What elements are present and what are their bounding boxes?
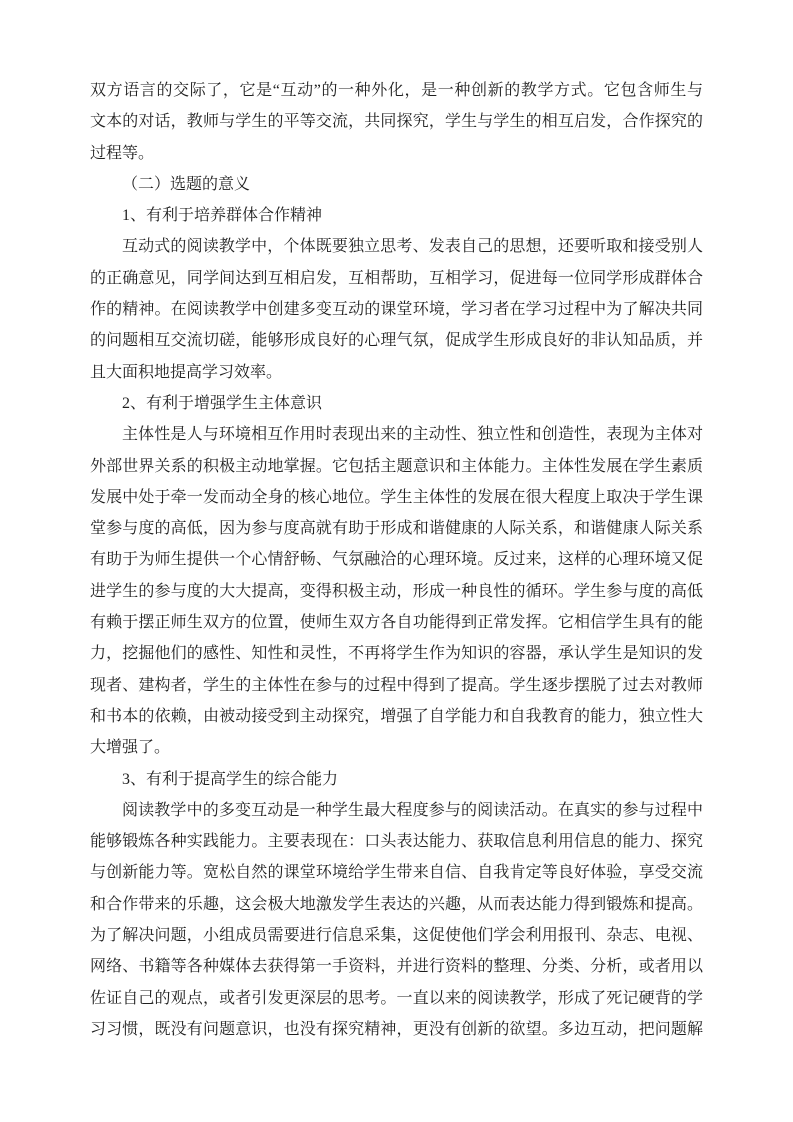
text-line: 网络、书籍等各种媒体去获得第一手资料，并进行资料的整理、分类、分析，或者用以 xyxy=(90,951,703,982)
text-line: 与创新能力等。宽松自然的课堂环境给学生带来自信、自我肯定等良好体验，享受交流 xyxy=(90,857,703,888)
text-line: 主体性是人与环境相互作用时表现出来的主动性、独立性和创造性，表现为主体对 xyxy=(90,419,703,450)
text-line: 的问题相互交流切磋，能够形成良好的心理气氛，促成学生形成良好的非认知品质，并 xyxy=(90,325,703,356)
text-line: 外部世界关系的积极主动地掌握。它包括主题意识和主体能力。主体性发展在学生素质 xyxy=(90,451,703,482)
text-line: 习习惯，既没有问题意识，也没有探究精神，更没有创新的欲望。多边互动，把问题解 xyxy=(90,1014,703,1045)
text-line: 发展中处于牵一发而动全身的核心地位。学生主体性的发展在很大程度上取决于学生课 xyxy=(90,482,703,513)
heading-line: 1、有利于培养群体合作精神 xyxy=(90,200,703,231)
text-line: 有助于为师生提供一个心情舒畅、气氛融洽的心理环境。反过来，这样的心理环境又促 xyxy=(90,544,703,575)
text-line: 且大面积地提高学习效率。 xyxy=(90,357,703,388)
text-line: 能够锻炼各种实践能力。主要表现在：口头表达能力、获取信息利用信息的能力、探究 xyxy=(90,826,703,857)
text-line: 进学生的参与度的大大提高，变得积极主动，形成一种良性的循环。学生参与度的高低 xyxy=(90,576,703,607)
text-line: 阅读教学中的多变互动是一种学生最大程度参与的阅读活动。在真实的参与过程中 xyxy=(90,795,703,826)
text-line: 佐证自己的观点，或者引发更深层的思考。一直以来的阅读教学，形成了死记硬背的学 xyxy=(90,983,703,1014)
text-line: 互动式的阅读教学中，个体既要独立思考、发表自己的思想，还要听取和接受别人 xyxy=(90,231,703,262)
text-line: 过程等。 xyxy=(90,138,703,169)
text-line: 有赖于摆正师生双方的位置，使师生双方各自功能得到正常发挥。它相信学生具有的能 xyxy=(90,607,703,638)
heading-line: 2、有利于增强学生主体意识 xyxy=(90,388,703,419)
text-line: 作的精神。在阅读教学中创建多变互动的课堂环境，学习者在学习过程中为了解决共同 xyxy=(90,294,703,325)
text-line: 的正确意见，同学间达到互相启发，互相帮助，互相学习，促进每一位同学形成群体合 xyxy=(90,263,703,294)
heading-line: 3、有利于提高学生的综合能力 xyxy=(90,764,703,795)
document-page: 双方语言的交际了，它是“互动”的一种外化，是一种创新的教学方式。它包含师生与文本… xyxy=(0,0,793,1122)
text-line: 为了解决问题，小组成员需要进行信息采集，这促使他们学会利用报刊、杂志、电视、 xyxy=(90,920,703,951)
text-line: 和合作带来的乐趣，这会极大地激发学生表达的兴趣，从而表达能力得到锻炼和提高。 xyxy=(90,889,703,920)
heading-line: （二）选题的意义 xyxy=(90,169,703,200)
text-line: 双方语言的交际了，它是“互动”的一种外化，是一种创新的教学方式。它包含师生与 xyxy=(90,75,703,106)
text-line: 堂参与度的高低，因为参与度高就有助于形成和谐健康的人际关系，和谐健康人际关系 xyxy=(90,513,703,544)
text-line: 文本的对话，教师与学生的平等交流，共同探究，学生与学生的相互启发，合作探究的 xyxy=(90,106,703,137)
text-line: 大增强了。 xyxy=(90,732,703,763)
page-content: 双方语言的交际了，它是“互动”的一种外化，是一种创新的教学方式。它包含师生与文本… xyxy=(90,75,703,1045)
text-line: 和书本的依赖，由被动接受到主动探究，增强了自学能力和自我教育的能力，独立性大 xyxy=(90,701,703,732)
text-line: 现者、建构者，学生的主体性在参与的过程中得到了提高。学生逐步摆脱了过去对教师 xyxy=(90,670,703,701)
text-line: 力，挖掘他们的感性、知性和灵性，不再将学生作为知识的容器，承认学生是知识的发 xyxy=(90,638,703,669)
